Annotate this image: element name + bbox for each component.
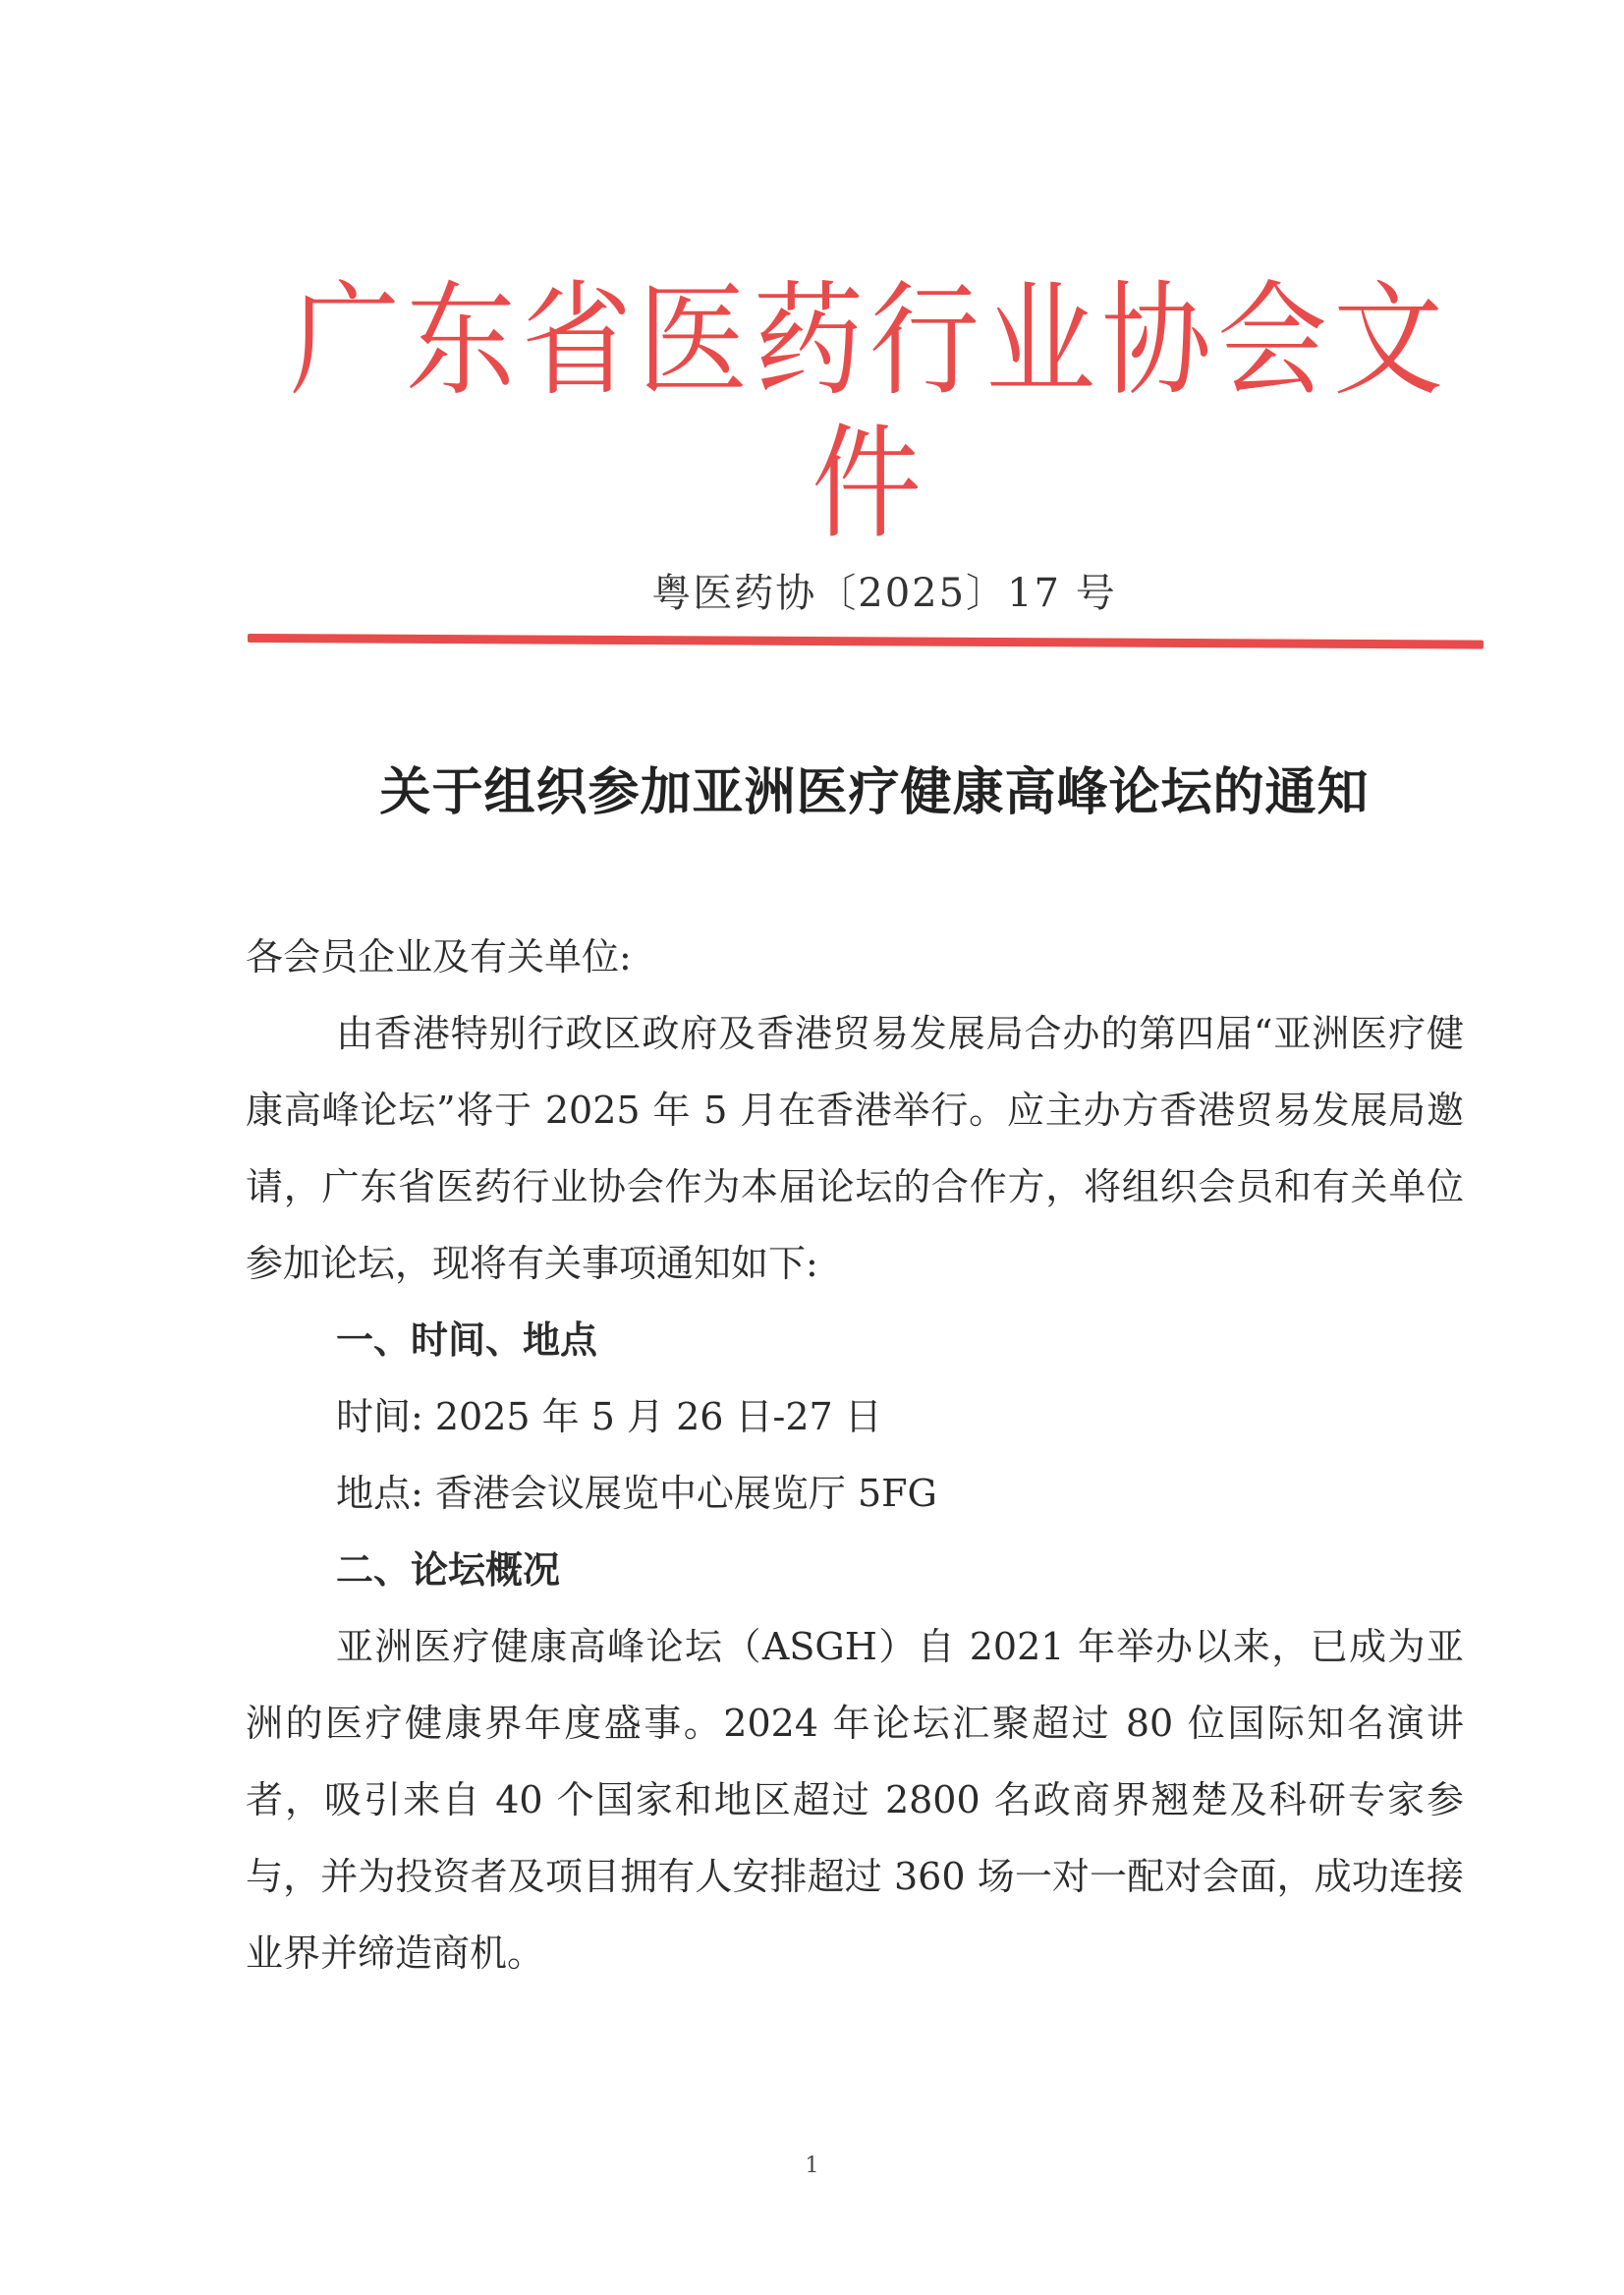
overview-paragraph: 亚洲医疗健康高峰论坛（ASGH）自 2021 年举办以来，已成为亚洲的医疗健康界… bbox=[246, 1608, 1464, 1991]
intro-paragraph: 由香港特别行政区政府及香港贸易发展局合办的第四届“亚洲医疗健康高峰论坛”将于 2… bbox=[246, 995, 1464, 1302]
place-line: 地点: 香港会议展览中心展览厅 5FG bbox=[246, 1455, 1464, 1532]
document-body: 各会员企业及有关单位: 由香港特别行政区政府及香港贸易发展局合办的第四届“亚洲医… bbox=[246, 919, 1464, 1991]
time-line: 时间: 2025 年 5 月 26 日-27 日 bbox=[246, 1378, 1464, 1455]
document-title: 关于组织参加亚洲医疗健康高峰论坛的通知 bbox=[236, 761, 1513, 824]
document-page: 广东省医药行业协会文件 粤医药协〔2025〕17 号 关于组织参加亚洲医疗健康高… bbox=[0, 0, 1624, 2295]
section-heading-overview: 二、论坛概况 bbox=[246, 1532, 1464, 1608]
document-number: 粤医药协〔2025〕17 号 bbox=[246, 570, 1523, 617]
red-divider-line bbox=[248, 634, 1484, 649]
masthead-title: 广东省医药行业协会文件 bbox=[285, 269, 1454, 555]
section-heading-time-place: 一、时间、地点 bbox=[246, 1302, 1464, 1378]
salutation: 各会员企业及有关单位: bbox=[246, 919, 1464, 995]
page-number: 1 bbox=[0, 2154, 1624, 2178]
